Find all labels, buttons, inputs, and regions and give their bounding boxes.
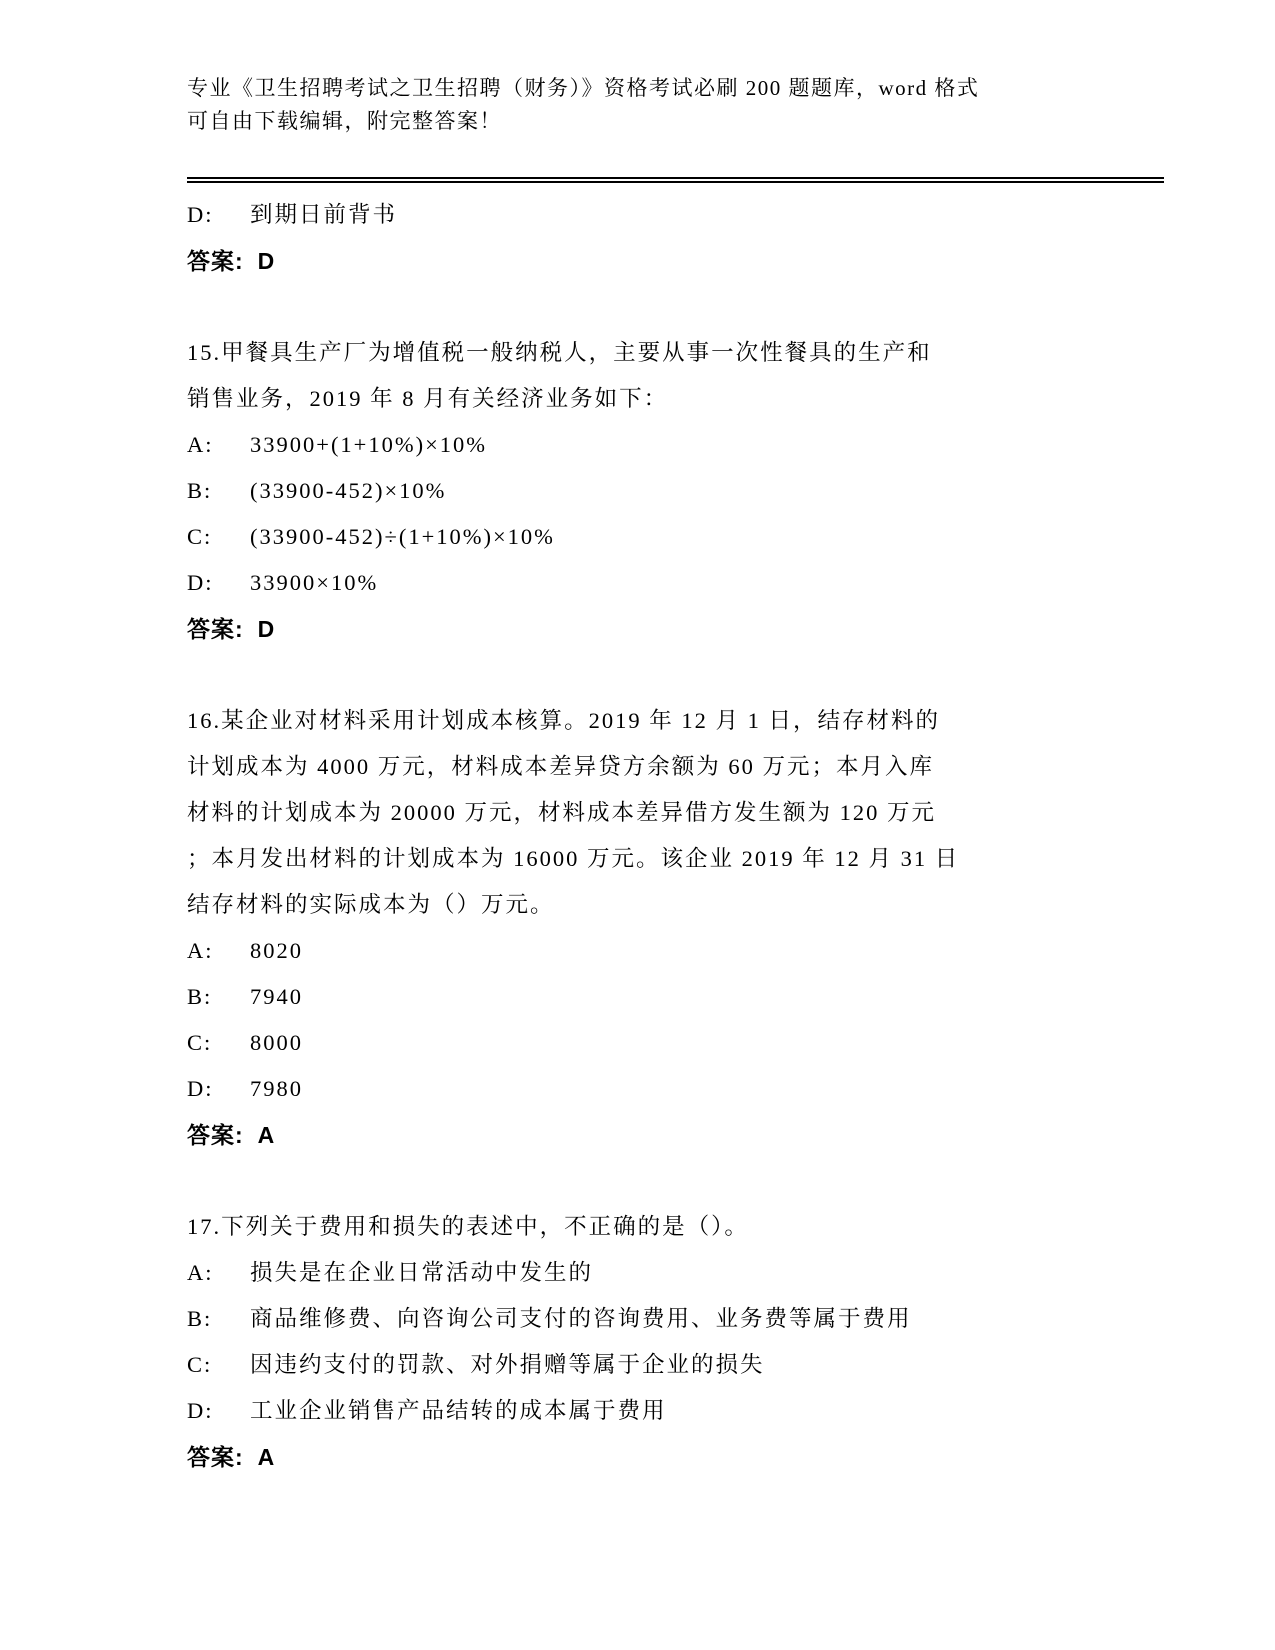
option-label: C: <box>187 1020 250 1066</box>
answer-label: 答案: <box>187 616 244 642</box>
question-17-stem-line-1: 17.下列关于费用和损失的表述中，不正确的是（）。 <box>187 1204 1137 1250</box>
question-15-option-b: B:(33900-452)×10% <box>187 468 1137 514</box>
question-16-stem-line-4: ；本月发出材料的计划成本为 16000 万元。该企业 2019 年 12 月 3… <box>187 836 1137 882</box>
question-16-stem-line-2: 计划成本为 4000 万元，材料成本差异贷方余额为 60 万元；本月入库 <box>187 744 1137 790</box>
question-16-answer: 答案:A <box>187 1112 1137 1158</box>
option-label: D: <box>187 560 250 606</box>
question-17-option-c: C:因违约支付的罚款、对外捐赠等属于企业的损失 <box>187 1342 1137 1388</box>
question-15-answer: 答案:D <box>187 606 1137 652</box>
question-15-option-a: A:33900+(1+10%)×10% <box>187 422 1137 468</box>
blank-line <box>187 652 1137 698</box>
header-title-line-2: 可自由下载编辑，附完整答案！ <box>187 105 1164 138</box>
option-text: (33900-452)÷(1+10%)×10% <box>250 524 555 549</box>
question-15-option-c: C:(33900-452)÷(1+10%)×10% <box>187 514 1137 560</box>
answer-value: D <box>258 248 276 274</box>
question-16-option-a: A:8020 <box>187 928 1137 974</box>
option-text: 商品维修费、向咨询公司支付的咨询费用、业务费等属于费用 <box>250 1306 912 1331</box>
option-label: B: <box>187 974 250 1020</box>
option-text: 到期日前背书 <box>250 202 397 227</box>
question-16-option-b: B:7940 <box>187 974 1137 1020</box>
option-text: 因违约支付的罚款、对外捐赠等属于企业的损失 <box>250 1352 765 1377</box>
answer-value: D <box>258 616 276 642</box>
question-16-stem-line-1: 16.某企业对材料采用计划成本核算。2019 年 12 月 1 日，结存材料的 <box>187 698 1137 744</box>
option-text: 8020 <box>250 938 303 963</box>
answer-value: A <box>258 1122 276 1148</box>
option-label: C: <box>187 1342 250 1388</box>
option-label: A: <box>187 422 250 468</box>
question-17-answer: 答案:A <box>187 1434 1137 1480</box>
question-16-option-c: C:8000 <box>187 1020 1137 1066</box>
option-text: 7940 <box>250 984 303 1009</box>
prev-question-option-d: D:到期日前背书 <box>187 192 1137 238</box>
option-label: D: <box>187 192 250 238</box>
question-17-option-d: D:工业企业销售产品结转的成本属于费用 <box>187 1388 1137 1434</box>
option-label: D: <box>187 1388 250 1434</box>
blank-line <box>187 284 1137 330</box>
option-text: 损失是在企业日常活动中发生的 <box>250 1260 593 1285</box>
answer-label: 答案: <box>187 1122 244 1148</box>
option-label: A: <box>187 928 250 974</box>
option-text: 33900+(1+10%)×10% <box>250 432 487 457</box>
document-page: 专业《卫生招聘考试之卫生招聘（财务）》资格考试必刷 200 题题库，word 格… <box>0 0 1275 1650</box>
question-15-stem-line-1: 15.甲餐具生产厂为增值税一般纳税人，主要从事一次性餐具的生产和 <box>187 330 1137 376</box>
page-header: 专业《卫生招聘考试之卫生招聘（财务）》资格考试必刷 200 题题库，word 格… <box>187 72 1164 183</box>
option-label: B: <box>187 468 250 514</box>
answer-label: 答案: <box>187 248 244 274</box>
option-text: 8000 <box>250 1030 303 1055</box>
option-text: (33900-452)×10% <box>250 478 446 503</box>
answer-value: A <box>258 1444 276 1470</box>
question-16-option-d: D:7980 <box>187 1066 1137 1112</box>
option-text: 7980 <box>250 1076 303 1101</box>
option-label: B: <box>187 1296 250 1342</box>
header-title-line-1: 专业《卫生招聘考试之卫生招聘（财务）》资格考试必刷 200 题题库，word 格… <box>187 72 1164 105</box>
prev-question-answer: 答案:D <box>187 238 1137 284</box>
question-15-option-d: D:33900×10% <box>187 560 1137 606</box>
question-17-option-a: A:损失是在企业日常活动中发生的 <box>187 1250 1137 1296</box>
option-text: 工业企业销售产品结转的成本属于费用 <box>250 1398 667 1423</box>
option-label: D: <box>187 1066 250 1112</box>
question-16-stem-line-5: 结存材料的实际成本为（）万元。 <box>187 882 1137 928</box>
question-15-stem-line-2: 销售业务，2019 年 8 月有关经济业务如下： <box>187 376 1137 422</box>
option-label: C: <box>187 514 250 560</box>
question-16-stem-line-3: 材料的计划成本为 20000 万元，材料成本差异借方发生额为 120 万元 <box>187 790 1137 836</box>
blank-line <box>187 1158 1137 1204</box>
page-content: D:到期日前背书 答案:D 15.甲餐具生产厂为增值税一般纳税人，主要从事一次性… <box>187 192 1137 1480</box>
option-text: 33900×10% <box>250 570 378 595</box>
option-label: A: <box>187 1250 250 1296</box>
answer-label: 答案: <box>187 1444 244 1470</box>
question-17-option-b: B:商品维修费、向咨询公司支付的咨询费用、业务费等属于费用 <box>187 1296 1137 1342</box>
